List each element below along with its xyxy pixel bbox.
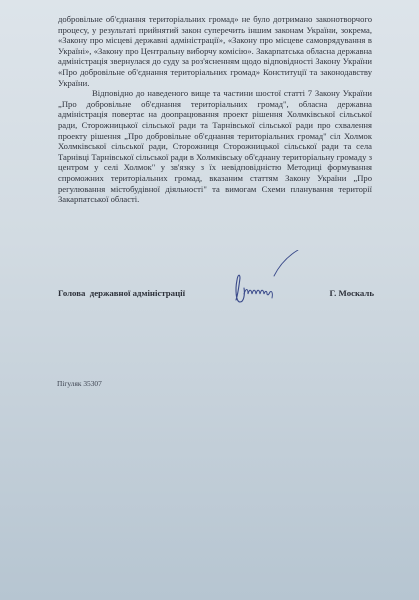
signatory-name: Г. Москаль (330, 288, 375, 298)
paragraph-continued: добровільне об'єднання територіальних гр… (58, 14, 372, 88)
paragraph-decision: Відповідно до наведеного вище та частини… (58, 88, 372, 205)
document-page: добровільне об'єднання територіальних гр… (0, 0, 419, 600)
executor-note: Пігуляк 35307 (57, 379, 102, 388)
document-body: добровільне об'єднання територіальних гр… (58, 14, 372, 205)
signatory-title: Голова державної адміністрації (58, 288, 185, 298)
handwritten-signature-icon (230, 250, 300, 312)
signature-row: Голова державної адміністрації Г. Москал… (58, 288, 374, 302)
